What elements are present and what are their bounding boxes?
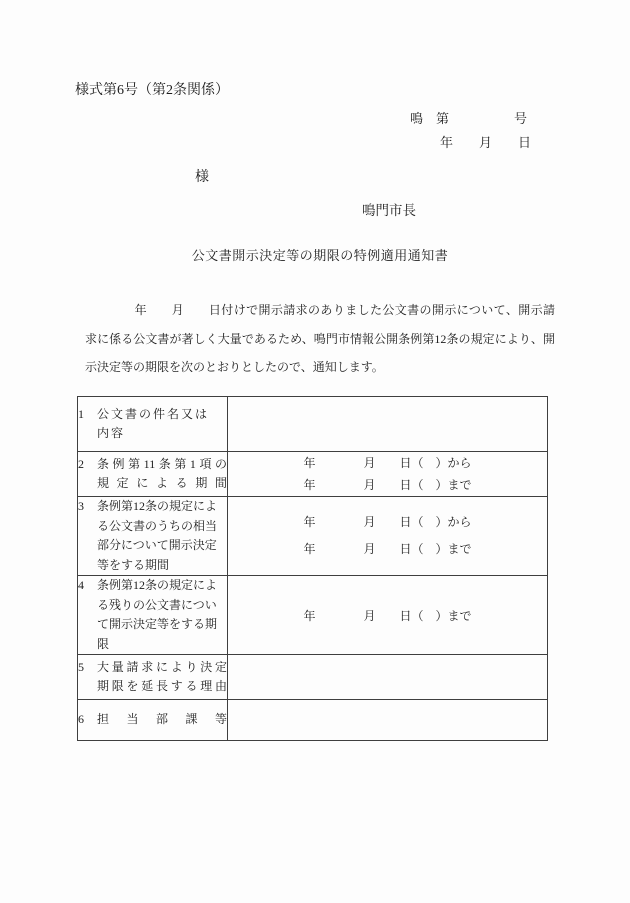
paragraph-line: 年 月 日付けで開示請求のありました公文書の開示について、開示請: [85, 296, 555, 325]
row-value-cell: 年 月 日（ ）から 年 月 日（ ）まで: [228, 452, 548, 497]
paragraph-line: 示決定等の期限を次のとおりとしたので、通知します。: [85, 353, 555, 382]
row-number: 6: [78, 710, 97, 730]
row-label-cell: 1 公文書の件名又は 内容: [78, 397, 228, 452]
row-label: 条例第12条の規定によ る残りの公文書につい て開示決定等をする期 限: [97, 576, 227, 654]
issue-date-line: 年 月 日: [440, 132, 531, 151]
sender-name: 鳴門市長: [362, 199, 416, 219]
document-page: 様式第6号（第2条関係） 鳴 第 号 年 月 日 様 鳴門市長 公文書開示決定等…: [0, 0, 630, 903]
table-row: 1 公文書の件名又は 内容: [78, 397, 548, 452]
document-title: 公文書開示決定等の期限の特例適用通知書: [85, 245, 555, 264]
row-label-cell: 5 大量請求により決定 期限を延長する理由: [78, 655, 228, 700]
table-row: 5 大量請求により決定 期限を延長する理由: [78, 655, 548, 700]
addressee-label: 様: [195, 166, 209, 186]
table-row: 2 条例第11条第1項の 規定による期間 年 月 日（ ）から 年 月 日（ ）…: [78, 452, 548, 497]
row-value-cell: 年 月 日（ ）から 年 月 日（ ）まで: [228, 497, 548, 576]
row-number: 3: [78, 497, 97, 517]
row-value-cell: 年 月 日（ ）まで: [228, 576, 548, 655]
row-number: 1: [78, 405, 97, 425]
row-label: 条例第11条第1項の 規定による期間: [97, 455, 227, 494]
row-label-cell: 6 担 当 部 課 等: [78, 700, 228, 741]
row-label-cell: 4 条例第12条の規定によ る残りの公文書につい て開示決定等をする期 限: [78, 576, 228, 655]
form-number: 様式第6号（第2条関係）: [75, 79, 229, 99]
document-number-line: 鳴 第 号: [410, 108, 527, 127]
row-label-cell: 2 条例第11条第1項の 規定による期間: [78, 452, 228, 497]
row-value-cell: [228, 397, 548, 452]
row-label: 大量請求により決定 期限を延長する理由: [97, 658, 227, 697]
row-value-cell: [228, 655, 548, 700]
paragraph-line: 求に係る公文書が著しく大量であるため、鳴門市情報公開条例第12条の規定により、開: [85, 325, 555, 354]
form-table: 1 公文書の件名又は 内容 2 条例第11条第1項の 規定による期間 年 月 日…: [77, 396, 548, 741]
table-row: 3 条例第12条の規定によ る公文書のうちの相当 部分について開示決定 等をする…: [78, 497, 548, 576]
body-paragraph: 年 月 日付けで開示請求のありました公文書の開示について、開示請 求に係る公文書…: [85, 296, 555, 382]
row-number: 2: [78, 455, 97, 475]
row-number: 5: [78, 658, 97, 678]
row-label: 条例第12条の規定によ る公文書のうちの相当 部分について開示決定 等をする期間: [97, 497, 227, 575]
row-label: 担 当 部 課 等: [97, 710, 227, 730]
row-label-cell: 3 条例第12条の規定によ る公文書のうちの相当 部分について開示決定 等をする…: [78, 497, 228, 576]
table-row: 4 条例第12条の規定によ る残りの公文書につい て開示決定等をする期 限 年 …: [78, 576, 548, 655]
row-value-cell: [228, 700, 548, 741]
table-row: 6 担 当 部 課 等: [78, 700, 548, 741]
row-label: 公文書の件名又は 内容: [97, 405, 227, 444]
row-number: 4: [78, 576, 97, 596]
